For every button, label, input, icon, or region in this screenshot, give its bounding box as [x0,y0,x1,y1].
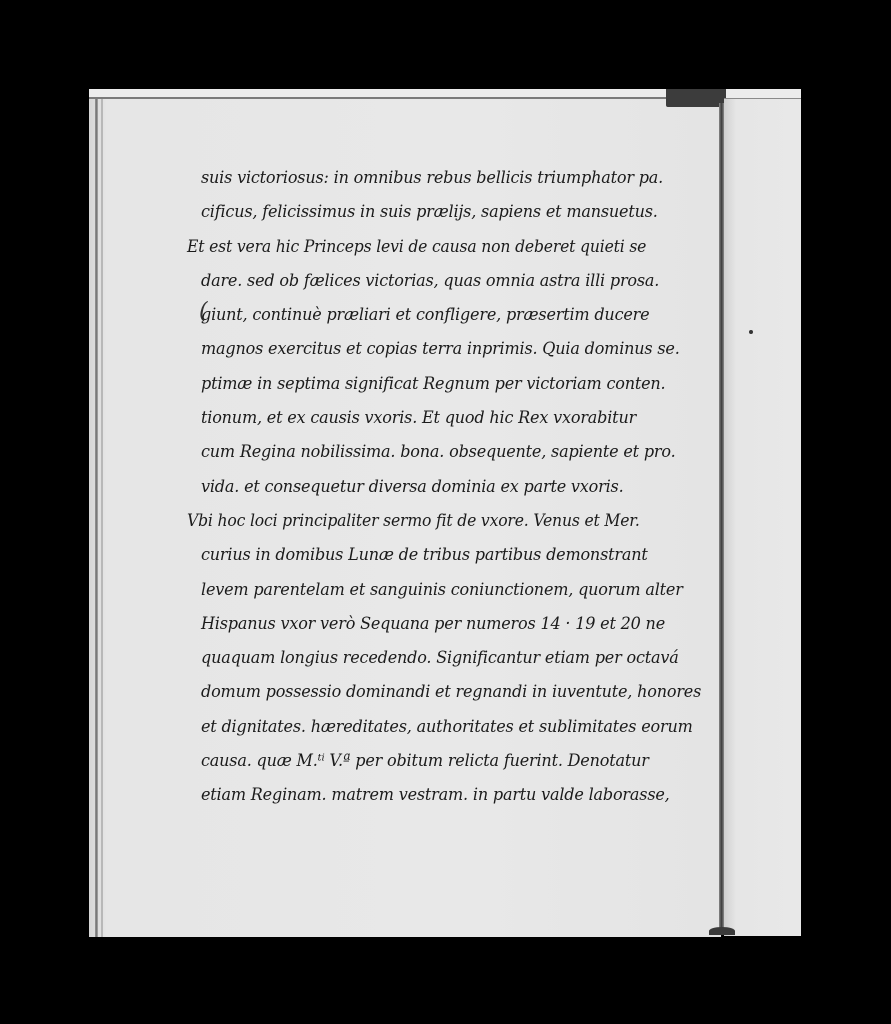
text-line: causa. quæ M.ᵗⁱ V.ª per obitum relicta f… [201,744,701,778]
text-line: ptimæ in septima significat Regnum per v… [201,367,701,401]
facing-page-strip [724,98,801,936]
page-left-edge-inner [101,99,103,937]
gutter-shadow [709,927,735,935]
text-line: suis victoriosus: in omnibus rebus belli… [201,161,701,195]
text-line: magnos exercitus et copias terra inprimi… [201,332,701,366]
binding-tab [666,89,726,107]
text-line: giunt, continuè præliari et confligere, … [201,298,701,332]
text-line: quaquam longius recedendo. Significantur… [201,641,701,675]
text-line: cum Regina nobilissima. bona. obsequente… [201,435,701,469]
text-line: vida. et consequetur diversa dominia ex … [201,470,701,504]
text-line: Hispanus vxor verò Sequana per numeros 1… [201,607,701,641]
paper-speck [749,330,753,334]
text-line: etiam Reginam. matrem vestram. in partu … [201,778,701,812]
page-left-edge [95,99,98,937]
text-line: et dignitates. hæreditates, authoritates… [201,710,701,744]
text-line: curius in domibus Lunæ de tribus partibu… [201,538,701,572]
text-line: cificus, felicissimus in suis prælijs, s… [201,195,701,229]
text-line: domum possessio dominandi et regnandi in… [201,675,701,709]
manuscript-text: suis victoriosus: in omnibus rebus belli… [201,161,731,813]
text-line: levem parentelam et sanguinis coniunctio… [201,573,701,607]
manuscript-scan: ( suis victoriosus: in omnibus rebus bel… [89,89,801,935]
text-line: dare. sed ob fælices victorias, quas omn… [201,264,701,298]
text-line: Vbi hoc loci principaliter sermo fit de … [187,504,687,538]
text-line: Et est vera hic Princeps levi de causa n… [187,230,687,264]
text-line: tionum, et ex causis vxoris. Et quod hic… [201,401,701,435]
